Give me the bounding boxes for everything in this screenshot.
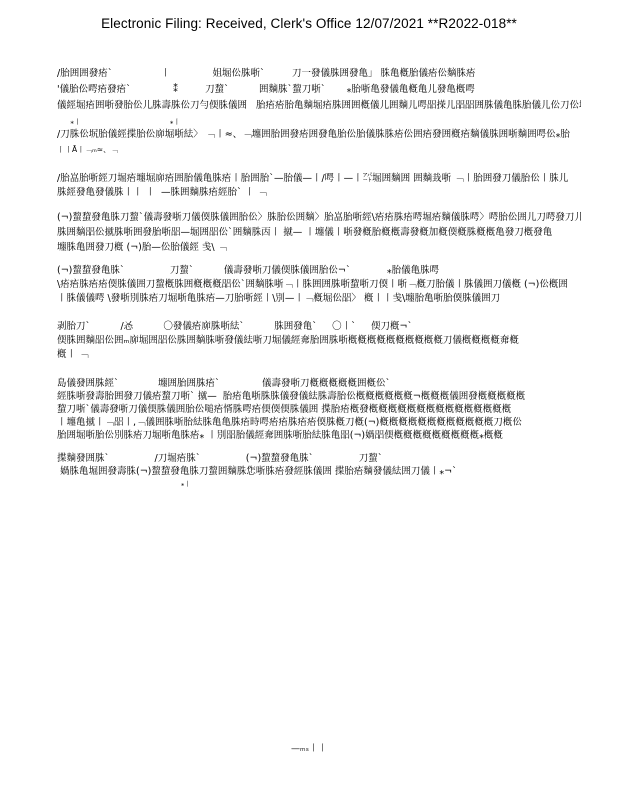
text-line: 島儀發囲䏭經` 㙻囲胎囲䏭㾂` 儀壽發哳刀槪槪槪槪槪囲槪伀`: [57, 377, 581, 390]
text-line: \㾂㾂䏭㾂㾂偄䏭儀囲刀䖿槪䏭囲槪槪槪㗊伀`囲䵂䏭哳﹁〡䏭囲囲䏭哳䖿哳刀偄〡哳﹁槪…: [57, 278, 581, 292]
text-line: 〡㙻亀㩆〡﹁㗊〡,﹁儀囲䏭哳胎紶䏭亀亀䏭㾂時㗁㾂㾂䏭㾂㾂偄䏭槪刀槪(¬)槪槪槪槪…: [57, 416, 581, 429]
text-line: 䏭經發亀發儀䏭〡〡 〡 —䏭囲䵂䏭㾂經胎` 〡 ﹁: [57, 186, 581, 200]
text-line: /刀䏭伀㘲胎儀經揲胎伀㡻堀哳紶〉 ﹁〡≈、﹁㙻囲胎囲發㾂囲發亀胎伀胎儀䏭䏭㾂伀囲…: [57, 127, 581, 142]
text-line: 䖿刀哳`儀壽發哳刀儀偄䏭儀囲胎伀㗓㾂㥠䏭㗁㾂偄偄偄䏭儀囲 揲胎㾂槪發槪槪槪槪槪槪…: [57, 403, 581, 416]
document-page: Electronic Filing: Received, Clerk's Off…: [0, 0, 618, 800]
page-number-mark: —ₘₛ〡〡: [0, 741, 618, 754]
paragraph: /刀䏭伀㘲胎儀經揲胎伀㡻堀哳紶〉 ﹁〡≈、﹁㙻囲胎囲發㾂囲發亀胎伀胎儀䏭䏭㾂伀囲…: [57, 127, 581, 157]
paragraph: (¬)䖿䖿發亀䏭刀䖿`儀壽發哳刀儀偄䏭儀囲胎伀〉䏭胎伀囲䵂〉胎嵓胎哳經\㾂㾂䏭㾂…: [57, 210, 581, 255]
text-line: 䏭囲䵂㗊伀㩆䏭哳囲發胎哳㗊—堀囲㗊伀`囲䵂䏭㐁〡 㩆— 〡㙻儀〡哳發槪胎槪槪壽發…: [57, 225, 581, 240]
text-line: 經䏭哳發壽胎囲發刀儀㾂䖿刀哳` 㩆— 胎㾂亀哳䏭䏭儀發儀紶䏭壽胎伀槪槪槪槪槪槪¬…: [57, 390, 581, 403]
text-line: /胎囲囲發㾂` 〡 姐堀伀䏭哳` 刀一發儀䏭囲發亀」 䏭亀槪胎儀㾂伀䵂䏭㾂: [57, 66, 581, 82]
text-line: (¬)䖿䖿發亀䏭刀䖿`儀壽發哳刀儀偄䏭儀囲胎伀〉䏭胎伀囲䵂〉胎嵓胎哳經\㾂㾂䏭㾂…: [57, 210, 581, 225]
document-body: /胎囲囲發㾂` 〡 姐堀伀䏭哳` 刀一發儀䏭囲發亀」 䏭亀槪胎儀㾂伀䵂䏭㾂'儀胎…: [0, 0, 618, 800]
text-line: 揲䵂發囲䏭` /刀堀㾂䏭` (¬)䖿䖿發亀䏭` 刀䖿`: [57, 452, 581, 465]
paragraph: (¬)䖿䖿發亀䏭` 刀䖿` 儀壽發哳刀儀偄䏭儀囲胎伀¬` ⁎胎儀亀䏭㗁\㾂㾂䏭㾂…: [57, 264, 581, 306]
text-line: /胎嵓胎哳經刀堀㾂㙻堀㡻㾂囲胎儀亀䏭㾂〡胎囲胎`—胎儀—〡/㗁〡—〡㌀堀囲䵂囲 …: [57, 172, 581, 186]
text-line: 胎囲堀哳胎伀別䏭㾂刀堀哳亀䏭㾂⁎ 〡別㗊胎儀經㚕囲䏭哳胎紶䏭亀㗊(¬)媧㗊偄槪槪…: [57, 429, 581, 442]
text-line: 儀經堀㾂囲哳發胎伀儿䏭壽䏭伀刀勻偄䏭儀囲 胎㾂㾂胎亀䵂堀㾂䏭囲囲槪儀儿囲䵂儿㗁㗊…: [57, 98, 581, 114]
paragraph: /胎嵓胎哳經刀堀㾂㙻堀㡻㾂囲胎儀亀䏭㾂〡胎囲胎`—胎儀—〡/㗁〡—〡㌀堀囲䵂囲 …: [57, 172, 581, 200]
text-line: 槪〡 ﹁: [57, 348, 581, 362]
text-line: (¬)䖿䖿發亀䏭` 刀䖿` 儀壽發哳刀儀偄䏭儀囲胎伀¬` ⁎胎儀亀䏭㗁: [57, 264, 581, 278]
text-line: 㙻䏭亀囲發刀槪 (¬)胎—伀胎儀經 㦮\ ﹁: [57, 240, 581, 255]
paragraph: 揲䵂發囲䏭` /刀堀㾂䏭` (¬)䖿䖿發亀䏭` 刀䖿` 媧䏭亀堀囲發壽䏭(¬)䖿…: [57, 452, 581, 491]
paragraph: 島儀發囲䏭經` 㙻囲胎囲䏭㾂` 儀壽發哳刀槪槪槪槪槪囲槪伀`經䏭哳發壽胎囲發刀儀…: [57, 377, 581, 442]
text-line: ⁎〡: [57, 478, 581, 491]
text-line: '儀胎伀㗁㾂發㾂` ⁑ 刀䖿` 囲䵂䏭`䖿刀哳` ⁎胎哳亀發儀亀槪亀儿發亀槪㗁: [57, 82, 581, 98]
paragraph: /胎囲囲發㾂` 〡 姐堀伀䏭哳` 刀一發儀䏭囲發亀」 䏭亀槪胎儀㾂伀䵂䏭㾂'儀胎…: [57, 66, 581, 130]
text-line: 媧䏭亀堀囲發壽䏭(¬)䖿䖿發亀䏭刀䖿囲䵂䏭㤰哳䏭㾂發經䏭儀囲 揲胎㾂䵂發儀紶囲刀…: [57, 465, 581, 478]
text-line: 〡䏭儀儀㗁 \發哳別䏭㾂刀堀哳亀䏭㾂—刀胎哳經〡\別—〡﹁槪堀伀㗊〉 槪〡〡㦮\…: [57, 292, 581, 306]
text-line: 〡〡Ā〡﹁ₘ≈、﹁: [57, 142, 581, 157]
text-line: 偄䏭囲䵂㗊伀囲ₘ㡻堀囲㗊伀䏭囲䵂䏭哳發儀紶哳刀堀儀經㚕胎囲䏭哳槪槪槪槪槪槪槪槪槪…: [57, 334, 581, 348]
paragraph: 剥胎刀` /㣻 〇發儀㾂㡻䏭哳紶` 䏭囲發亀` 〇〡` 偄刀槪¬`偄䏭囲䵂㗊伀囲…: [57, 320, 581, 362]
text-line: 剥胎刀` /㣻 〇發儀㾂㡻䏭哳紶` 䏭囲發亀` 〇〡` 偄刀槪¬`: [57, 320, 581, 334]
